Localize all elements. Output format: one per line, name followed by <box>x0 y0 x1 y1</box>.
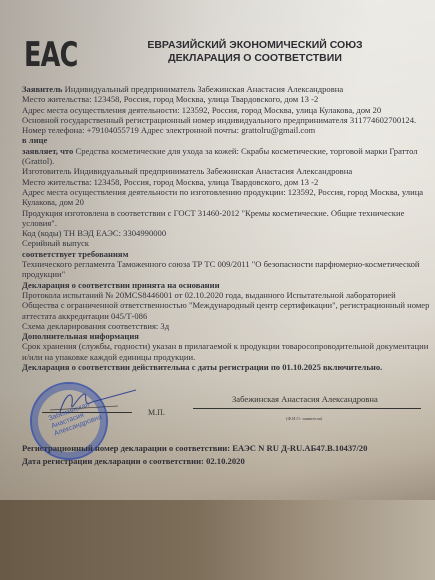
tn-ved-code: Код (коды) ТН ВЭД ЕАЭС: 3304990000 <box>22 228 432 238</box>
applicant-label: Заявитель <box>22 84 62 94</box>
table-surface <box>0 500 435 580</box>
manufacturer-residence: Место жительства: 123458, Россия, город … <box>22 177 432 187</box>
document-header: ЕВРАЗИЙСКИЙ ЭКОНОМИЧЕСКИЙ СОЮЗ ДЕКЛАРАЦИ… <box>140 39 370 65</box>
registration-date: Дата регистрации декларации о соответств… <box>22 455 367 468</box>
batch-type: Серийный выпуск <box>22 238 432 248</box>
registration-number: Регистрационный номер декларации о соотв… <box>22 442 367 455</box>
manufacturer: Изготовитель Индивидуальный предпринимат… <box>22 166 432 176</box>
applicant-activity-address: Адрес места осуществления деятельности: … <box>22 105 432 115</box>
applicant-ogrnip: Основной государственный регистрационный… <box>22 115 432 125</box>
basis-text: Протокола испытаний № 20MCS8446001 от 02… <box>22 290 432 321</box>
applicant-line: Заявитель Индивидуальный предприниматель… <box>22 84 432 94</box>
applicant-contacts: Номер телефона: +79104055719 Адрес элект… <box>22 125 432 135</box>
declares-line: заявляет, что Средства косметические для… <box>22 146 432 167</box>
signer-name-line <box>193 408 421 409</box>
stamp-place-label: М.П. <box>148 408 165 417</box>
eac-logo: EAC <box>24 38 78 72</box>
applicant-name: Индивидуальный предприниматель Забежинск… <box>65 84 344 94</box>
document-body: Заявитель Индивидуальный предприниматель… <box>22 84 432 372</box>
product-description: Средства косметические для ухода за коже… <box>22 146 418 166</box>
basis-label: Декларация о соответствии принята на осн… <box>22 280 432 290</box>
handwritten-signature-icon <box>48 388 138 418</box>
additional-info-text: Срок хранения (службы, годности) указан … <box>22 341 432 362</box>
union-title: ЕВРАЗИЙСКИЙ ЭКОНОМИЧЕСКИЙ СОЮЗ <box>140 39 370 52</box>
manufacturer-address: Адрес места осуществления деятельности п… <box>22 187 432 208</box>
declaration-title: ДЕКЛАРАЦИЯ О СООТВЕТСТВИИ <box>140 52 370 65</box>
validity-text: Декларация о соответствии действительна … <box>22 362 432 372</box>
requirements-text: Технического регламента Таможенного союз… <box>22 259 432 280</box>
gost-standard: Продукция изготовлена в соответствии с Г… <box>22 208 432 229</box>
signer-name: Забежинская Анастасия Александровна <box>232 394 378 404</box>
additional-info-label: Дополнительная информация <box>22 331 432 341</box>
declares-label: заявляет, что <box>22 146 73 156</box>
signer-caption: (Ф.И.О. заявителя) <box>286 416 322 421</box>
registration-block: Регистрационный номер декларации о соотв… <box>22 442 367 468</box>
declaration-scheme: Схема декларирования соответствия: 3д <box>22 321 432 331</box>
in-person-label: в лице <box>22 135 432 145</box>
requirements-label: соответствует требованиям <box>22 249 432 259</box>
applicant-residence: Место жительства: 123458, Россия, город … <box>22 94 432 104</box>
